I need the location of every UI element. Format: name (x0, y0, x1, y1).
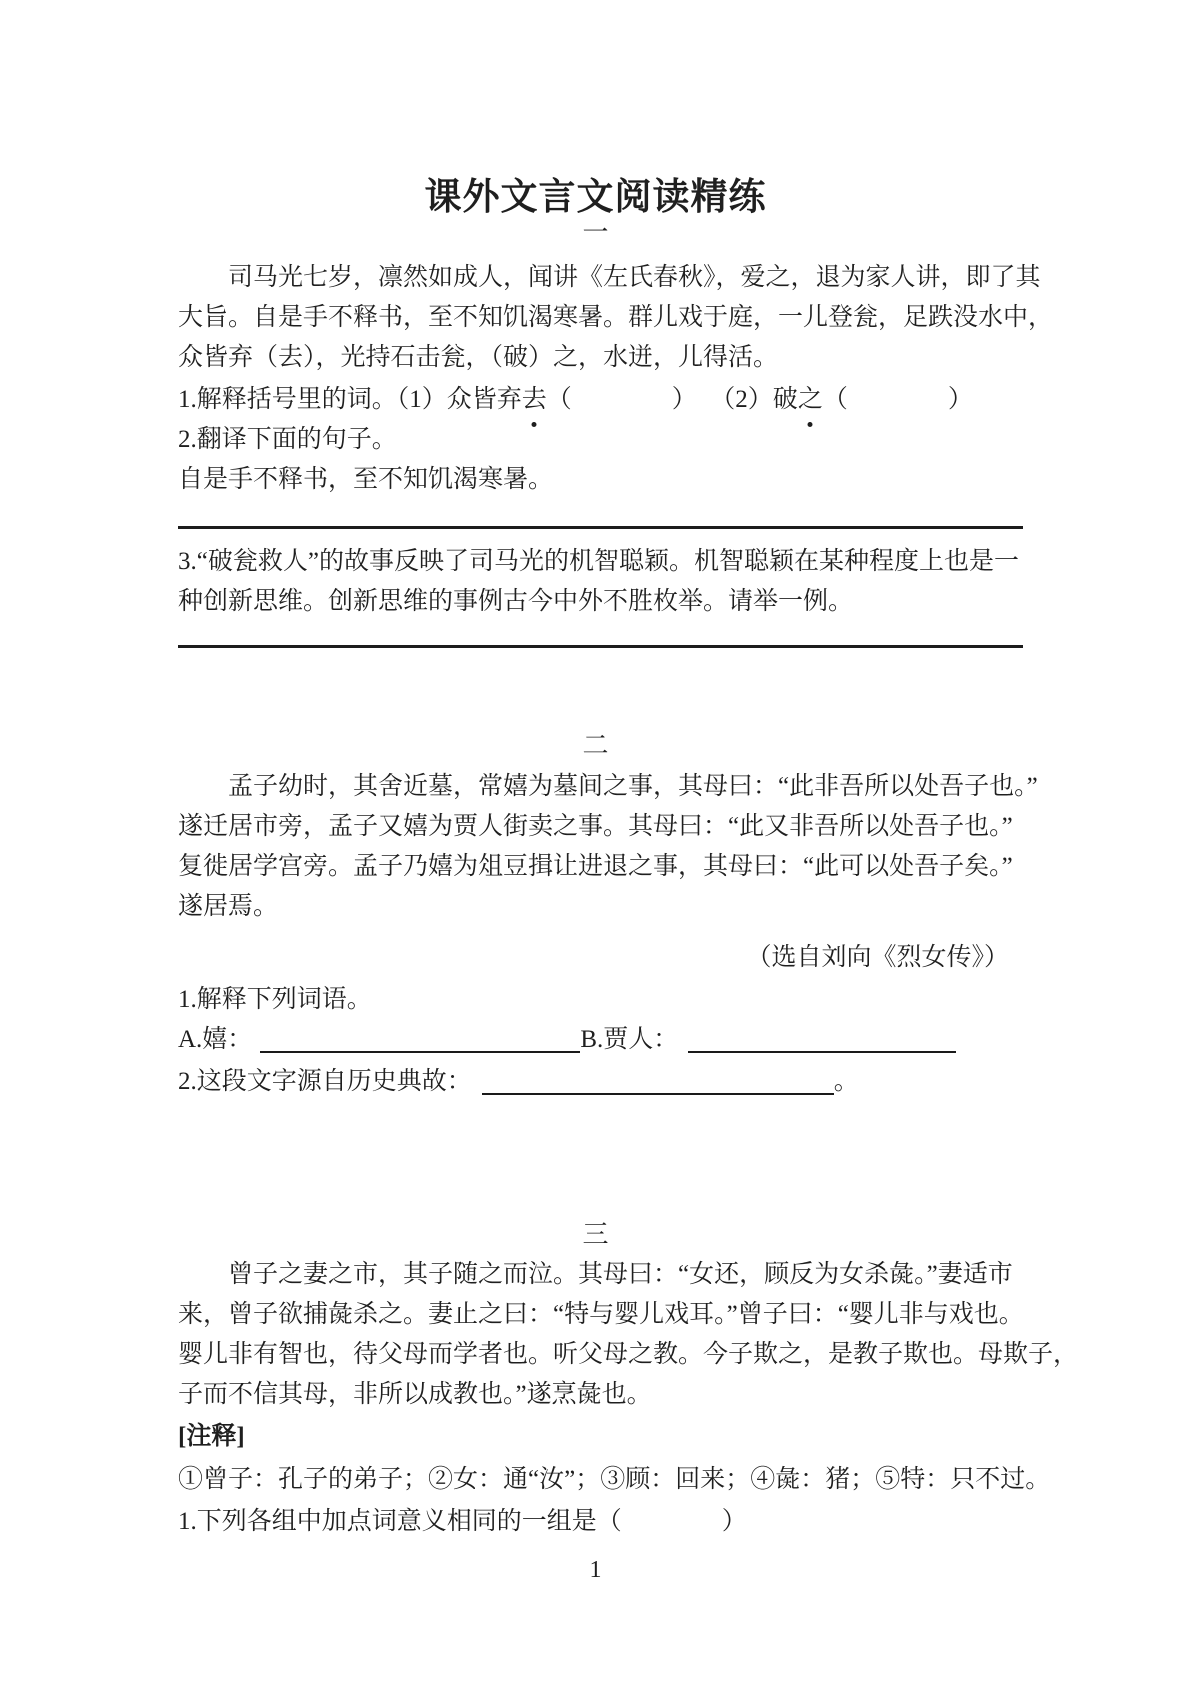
emphasized-char: 去 (522, 380, 547, 420)
passage-line: 众皆弃（去），光持石击瓮，（破）之，水迸，儿得活。 (178, 338, 1023, 378)
attribution: （选自刘向《烈女传》） (178, 938, 1023, 978)
passage-line: 来，曾子欲捕彘杀之。妻止之曰：“特与婴儿戏耳。”曾子曰：“婴儿非与戏也。 (178, 1295, 1023, 1335)
document-page: 课外文言文阅读精练 一 司马光七岁，凛然如成人，闻讲《左氏春秋》，爱之，退为家人… (0, 0, 1191, 1684)
passage-line: 大旨。自是手不释书，至不知饥渴寒暑。群儿戏于庭，一儿登瓮，足跌没水中， (178, 298, 1023, 338)
answer-rule (178, 526, 1023, 529)
notes-header: [注释] (178, 1417, 1023, 1457)
answer-paren-blank: （ ） (597, 1508, 747, 1535)
section-two-question-2: 2.这段文字源自历史典故：。 (178, 1062, 1023, 1102)
question-text: （2）破 (723, 386, 798, 413)
section-one-question-2-sentence: 自是手不释书，至不知饥渴寒暑。 (178, 460, 1023, 500)
emphasized-char: 之 (798, 380, 823, 420)
section-three-notes: ①曾子：孔子的弟子；②女：通“汝”；③顾：回来；④彘：猪；⑤特：只不过。 (178, 1460, 1023, 1500)
passage-line: 司马光七岁，凛然如成人，闻讲《左氏春秋》，爱之，退为家人讲，即了其 (178, 258, 1023, 298)
answer-underline (482, 1063, 834, 1095)
answer-rule (178, 645, 1023, 648)
passage-line: 婴儿非有智也，待父母而学者也。听父母之教。今子欺之，是教子欺也。母欺子， (178, 1335, 1023, 1375)
question-text: 2.这段文字源自历史典故： (178, 1068, 472, 1095)
page-number: 1 (0, 1552, 1191, 1588)
section-three-question-1: 1.下列各组中加点词意义相同的一组是（ ） (178, 1502, 1023, 1542)
item-b-label: B.贾人： (580, 1026, 678, 1053)
section-three-notes-header: [注释] (178, 1417, 1023, 1457)
question-text: 1.解释括号里的词。（1）众皆弃 (178, 386, 522, 413)
question-text: 2.翻译下面的句子。 (178, 420, 1023, 460)
passage-line: 遂居焉。 (178, 887, 1023, 927)
passage-line: 子而不信其母，非所以成教也。”遂烹彘也。 (178, 1375, 1023, 1415)
section-one-question-2: 2.翻译下面的句子。 (178, 420, 1023, 460)
section-three-marker: 三 (0, 1216, 1191, 1254)
section-two-passage: 孟子幼时，其舍近墓，常嬉为墓间之事，其母曰：“此非吾所以处吾子也。” 遂迁居市旁… (178, 767, 1023, 927)
section-one-passage: 司马光七岁，凛然如成人，闻讲《左氏春秋》，爱之，退为家人讲，即了其 大旨。自是手… (178, 258, 1023, 378)
section-three-passage: 曾子之妻之市，其子随之而泣。其母曰：“女还，顾反为女杀彘。”妻适市 来，曾子欲捕… (178, 1255, 1023, 1415)
passage-line: 遂迁居市旁，孟子又嬉为贾人街卖之事。其母曰：“此又非吾所以处吾子也。” (178, 807, 1023, 847)
question-text: 3.“破瓮救人”的故事反映了司马光的机智聪颖。机智聪颖在某种程度上也是一 (178, 542, 1023, 582)
answer-underline (688, 1021, 956, 1053)
section-two-question-1-items: A.嬉：B.贾人： (178, 1020, 1023, 1060)
answer-paren-blank: （ ） (823, 386, 973, 413)
item-a-label: A.嬉： (178, 1026, 252, 1053)
answer-underline (260, 1021, 580, 1053)
section-one-marker: 一 (0, 214, 1191, 252)
notes-text: ①曾子：孔子的弟子；②女：通“汝”；③顾：回来；④彘：猪；⑤特：只不过。 (178, 1460, 1023, 1500)
passage-line: 孟子幼时，其舍近墓，常嬉为墓间之事，其母曰：“此非吾所以处吾子也。” (178, 767, 1023, 807)
passage-line: 复徙居学宫旁。孟子乃嬉为俎豆揖让进退之事，其母曰：“此可以处吾子矣。” (178, 847, 1023, 887)
passage-line: 自是手不释书，至不知饥渴寒暑。 (178, 460, 1023, 500)
answer-paren-blank: （ ） (547, 386, 697, 413)
doc-title: 课外文言文阅读精练 (0, 166, 1191, 220)
section-two-marker: 二 (0, 727, 1191, 765)
question-text: 。 (834, 1068, 859, 1095)
question-text: 1.解释下列词语。 (178, 980, 1023, 1020)
passage-line: 曾子之妻之市，其子随之而泣。其母曰：“女还，顾反为女杀彘。”妻适市 (178, 1255, 1023, 1295)
question-text: 1.下列各组中加点词意义相同的一组是 (178, 1508, 597, 1535)
question-text: 种创新思维。创新思维的事例古今中外不胜枚举。请举一例。 (178, 582, 1023, 622)
section-two-attribution: （选自刘向《烈女传》） (178, 938, 1023, 978)
section-two-question-1: 1.解释下列词语。 (178, 980, 1023, 1020)
section-one-question-3: 3.“破瓮救人”的故事反映了司马光的机智聪颖。机智聪颖在某种程度上也是一 种创新… (178, 542, 1023, 622)
section-one-question-1: 1.解释括号里的词。（1）众皆弃去（ ）（2）破之（ ） (178, 380, 1023, 420)
